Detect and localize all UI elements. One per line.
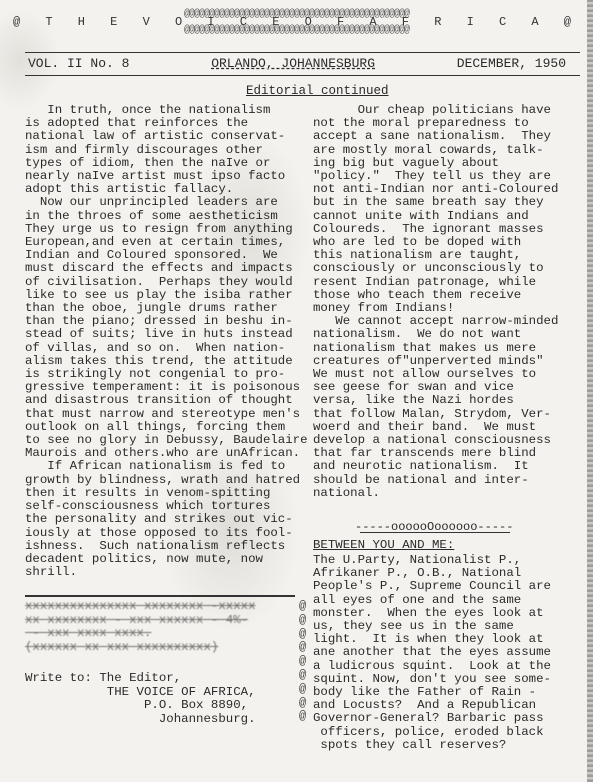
notice-rule <box>25 595 295 597</box>
text-line: of civilisation. Perhaps they would <box>25 276 310 289</box>
text-line: If African nationalism is fed to <box>25 460 310 473</box>
issue-date: DECEMBER, 1950 <box>457 56 566 71</box>
text-line: a ludicrous squint. Look at the <box>313 660 591 673</box>
issue-header: VOL. II No. 8 ORLANDO, JOHANNESBURG DECE… <box>28 56 566 71</box>
text-line: but in the same breath say they <box>313 196 591 209</box>
between-you-and-me-text: The U.Party, Nationalist P.,Afrikaner P.… <box>313 554 591 752</box>
struck-out-notice: xxxxxxxxxxxxxxx xxxxxxxx -xxxxxxx xxxxxx… <box>25 600 295 654</box>
header-rule-top <box>25 52 580 53</box>
text-line: resent Indian patronage, while <box>313 276 591 289</box>
volume-number: VOL. II No. 8 <box>28 56 129 71</box>
text-line: national. <box>313 487 591 500</box>
address-line: P.O. Box 8890, <box>25 699 315 713</box>
text-line: are mostly moral cowards, talk- <box>313 144 591 157</box>
text-line: and disastrous transition of thought <box>25 394 310 407</box>
address-line: Write to: The Editor, <box>25 672 315 686</box>
header-rule-bottom <box>25 75 580 76</box>
text-line: People's P., Supreme Council are <box>313 580 591 593</box>
struck-line: xxxxxxxxxxxxxxx xxxxxxxx -xxxxx <box>25 600 295 614</box>
text-line: consciously or unconsciously to <box>313 262 591 275</box>
struck-line: xx xxxxxxxx - xxx xxxxxx - 4%- <box>25 614 295 628</box>
divider-rule <box>360 532 510 533</box>
text-line: shrill. <box>25 566 310 579</box>
text-line: that follow Malan, Strydom, Ver- <box>313 408 591 421</box>
address-line: THE VOICE OF AFRICA, <box>25 686 315 700</box>
text-line: Governor-General? Barbaric pass <box>313 712 591 725</box>
text-line: must discard the effects and impacts <box>25 262 310 275</box>
text-line: iously at those opposed to its fool- <box>25 527 310 540</box>
text-line: cannot unite with Indians and <box>313 210 591 223</box>
text-line: in the throes of some aestheticism <box>25 210 310 223</box>
place-name: ORLANDO, JOHANNESBURG <box>211 56 375 71</box>
text-line: and neurotic nationalism. It <box>313 460 591 473</box>
address-line: Johannesburg. <box>25 713 315 727</box>
masthead-border-bottom: @@@@@@@@@@@@@@@@@@@@@@@@@@@@@@@@@@@@@@@@… <box>0 25 593 36</box>
text-line: national law of artistic conservat- <box>25 130 310 143</box>
text-line: officers, police, eroded black <box>313 726 591 739</box>
editorial-right-column: Our cheap politicians havenot the moral … <box>313 104 591 500</box>
text-line: accept a sane nationalism. They <box>313 130 591 143</box>
text-line: Now our unprincipled leaders are <box>25 196 310 209</box>
text-line: the personality and strikes out vic- <box>25 513 310 526</box>
editorial-left-column: In truth, once the nationalismis adopted… <box>25 104 310 579</box>
text-line: spots they call reserves? <box>313 739 591 752</box>
text-line: versa, like the Nazi hordes <box>313 394 591 407</box>
write-to-address: Write to: The Editor, THE VOICE OF AFRIC… <box>25 672 315 726</box>
text-line: ism and firmly discourages other <box>25 144 310 157</box>
text-line: should be national and inter- <box>313 474 591 487</box>
section-title: Editorial continued <box>246 84 389 98</box>
text-line: of villas, and so on. When nation- <box>25 342 310 355</box>
between-you-and-me-heading: BETWEEN YOU AND ME: <box>313 538 454 552</box>
text-line: nationalism. We do not want <box>313 328 591 341</box>
text-line: ishness. Such nationalism reflects <box>25 540 310 553</box>
text-line: all eyes of one and the same <box>313 594 591 607</box>
struck-line: - xxx xxxx xxxx. <box>25 627 295 641</box>
text-line: growth by blindness, wrath and hatred <box>25 474 310 487</box>
text-line: that must narrow and stereotype men's <box>25 408 310 421</box>
text-line: nationalism that makes us mere <box>313 342 591 355</box>
struck-line: (xxxxxx xx xxx xxxxxxxxxx) <box>25 641 295 655</box>
text-line: stead of suits; live in huts instead <box>25 328 310 341</box>
text-line: ane another that the eyes assume <box>313 646 591 659</box>
